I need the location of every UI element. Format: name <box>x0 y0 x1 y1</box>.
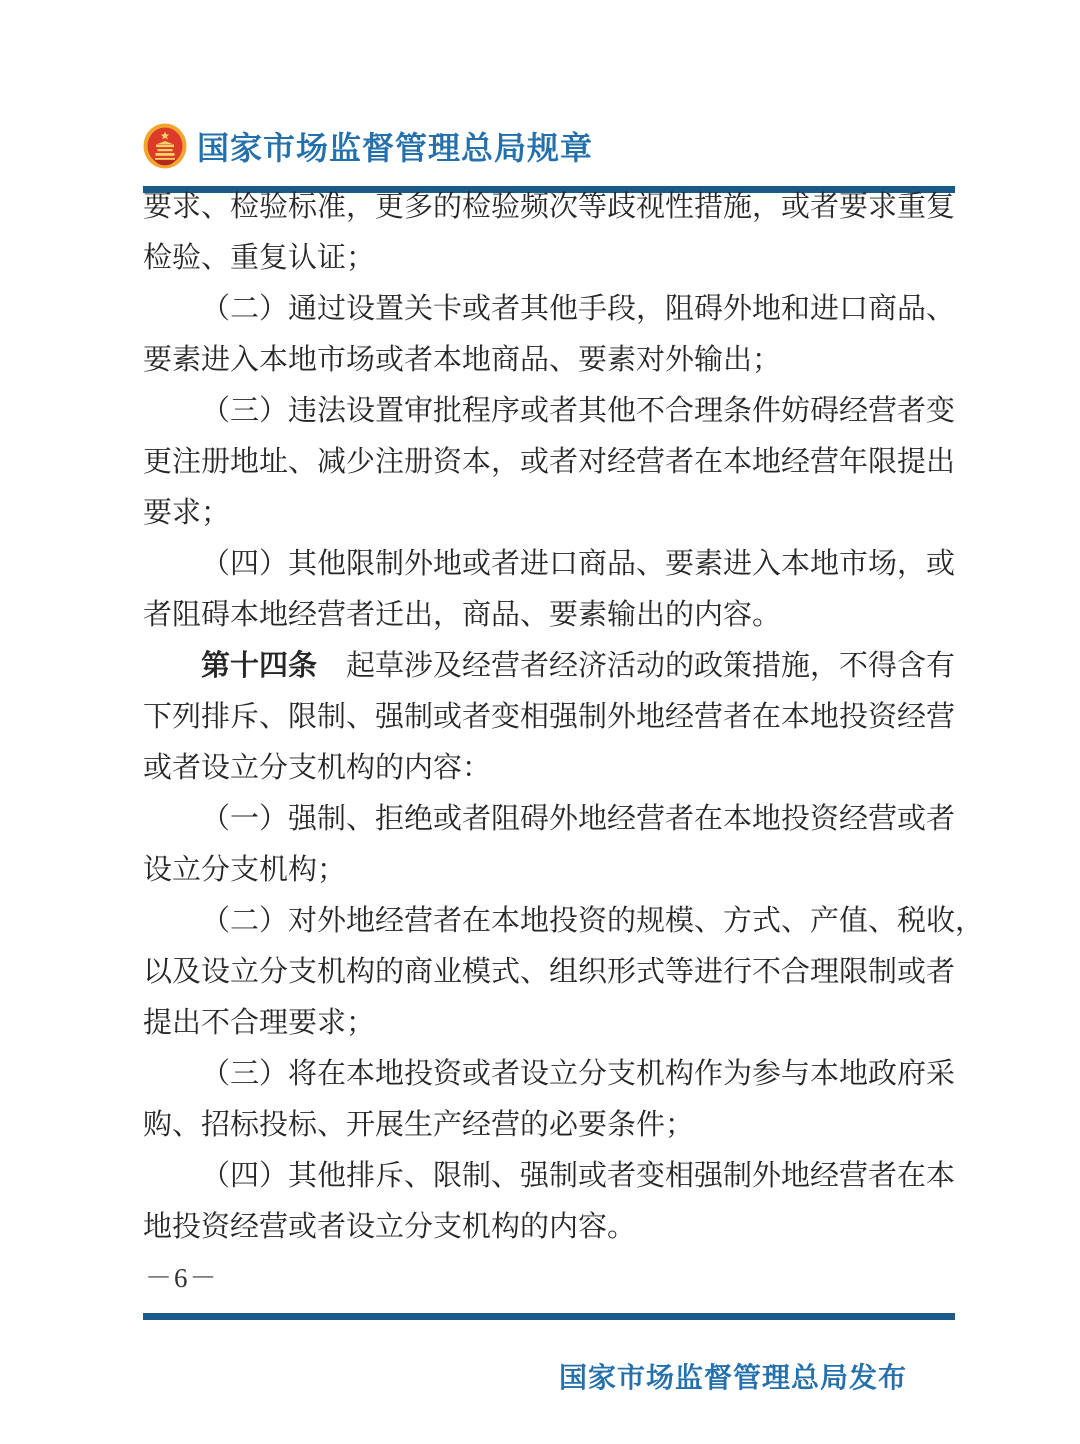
document-body: 要求、检验标准，更多的检验频次等歧视性措施，或者要求重复检验、重复认证；（二）通… <box>143 182 955 1253</box>
text-line: 购、招标投标、开展生产经营的必要条件； <box>143 1100 955 1151</box>
text-line: 要求、检验标准，更多的检验频次等歧视性措施，或者要求重复 <box>143 182 955 233</box>
text-line: 要素进入本地市场或者本地商品、要素对外输出； <box>143 335 955 386</box>
text-line: （四）其他排斥、限制、强制或者变相强制外地经营者在本 <box>143 1151 955 1202</box>
text-line: 下列排斥、限制、强制或者变相强制外地经营者在本地投资经营 <box>143 692 955 743</box>
footer-divider <box>143 1313 955 1320</box>
text-line: （二）通过设置关卡或者其他手段，阻碍外地和进口商品、 <box>143 284 955 335</box>
text-line: （二）对外地经营者在本地投资的规模、方式、产值、税收， <box>143 896 955 947</box>
text-line: 以及设立分支机构的商业模式、组织形式等进行不合理限制或者 <box>143 947 955 998</box>
text-line: 提出不合理要求； <box>143 998 955 1049</box>
text-line: （一）强制、拒绝或者阻碍外地经营者在本地投资经营或者 <box>143 794 955 845</box>
footer-publisher: 国家市场监督管理总局发布 <box>143 1356 955 1396</box>
text-line: 者阻碍本地经营者迁出，商品、要素输出的内容。 <box>143 590 955 641</box>
article-number: 第十四条 <box>201 650 317 682</box>
text-line: 设立分支机构； <box>143 845 955 896</box>
text-line: 检验、重复认证； <box>143 233 955 284</box>
text-line: 地投资经营或者设立分支机构的内容。 <box>143 1202 955 1253</box>
page-title: 国家市场监督管理总局规章 <box>197 123 593 169</box>
text-line: 要求； <box>143 488 955 539</box>
document-page: 国家市场监督管理总局规章 要求、检验标准，更多的检验频次等歧视性措施，或者要求重… <box>0 0 1080 1444</box>
document-header: 国家市场监督管理总局规章 <box>143 120 955 172</box>
text-line: 更注册地址、减少注册资本，或者对经营者在本地经营年限提出 <box>143 437 955 488</box>
text-line: 或者设立分支机构的内容： <box>143 743 955 794</box>
text-line: （三）将在本地投资或者设立分支机构作为参与本地政府采 <box>143 1049 955 1100</box>
text-line: 第十四条 起草涉及经营者经济活动的政策措施，不得含有 <box>143 641 955 692</box>
national-emblem-icon <box>143 123 187 169</box>
text-line: （三）违法设置审批程序或者其他不合理条件妨碍经营者变 <box>143 386 955 437</box>
page-number: －6－ <box>145 1256 219 1295</box>
text-line: （四）其他限制外地或者进口商品、要素进入本地市场，或 <box>143 539 955 590</box>
